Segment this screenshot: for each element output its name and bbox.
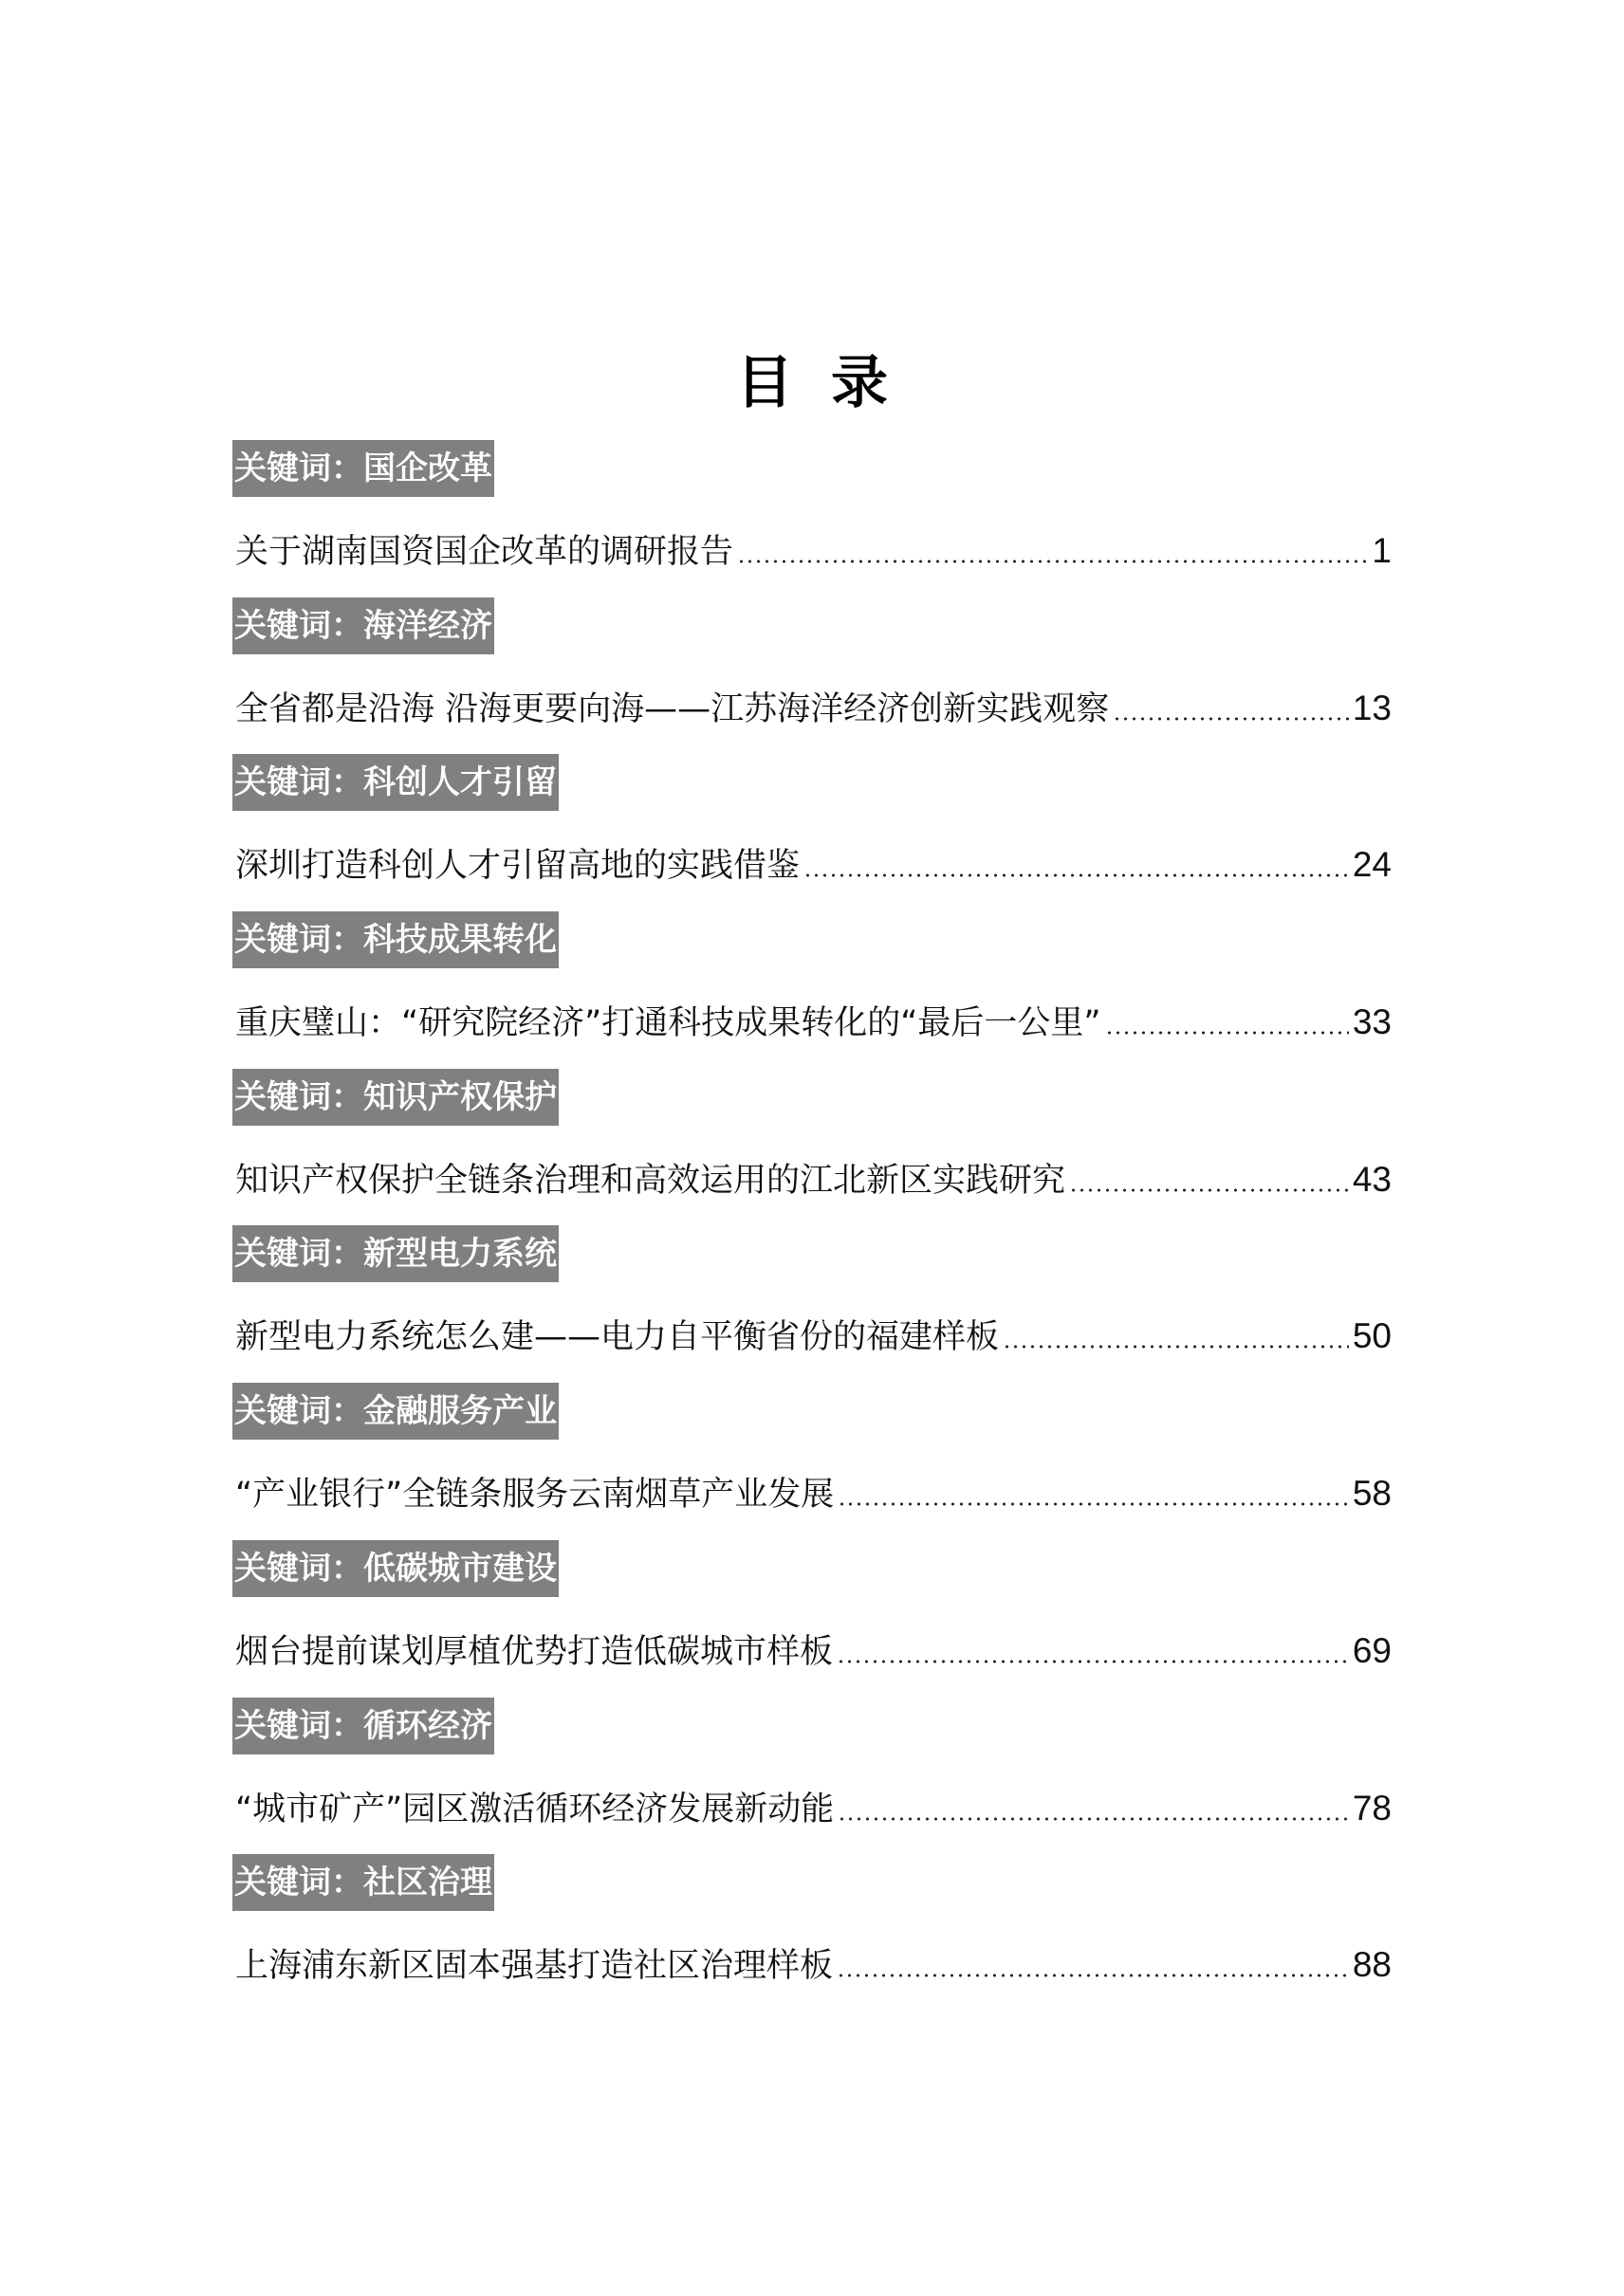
toc-entry[interactable]: “产业银行”全链条服务云南烟草产业发展 58	[235, 1470, 1392, 1517]
keyword-heading: 关键词：循环经济	[232, 1698, 494, 1754]
keyword-heading: 关键词：科创人才引留	[232, 754, 559, 811]
page-number: 88	[1353, 1941, 1392, 1989]
toc-entry[interactable]: 上海浦东新区固本强基打造社区治理样板 88	[235, 1941, 1392, 1989]
entry-title: 关于湖南国资国企改革的调研报告	[235, 528, 733, 576]
entry-title: “产业银行”全链条服务云南烟草产业发展	[235, 1471, 834, 1518]
page-number: 24	[1353, 841, 1392, 889]
toc-entry[interactable]: “城市矿产”园区激活循环经济发展新动能 78	[235, 1785, 1392, 1832]
toc-section: 关键词：海洋经济 全省都是沿海 沿海更要向海——江苏海洋经济创新实践观察 13	[232, 597, 1392, 755]
keyword-heading: 关键词：海洋经济	[232, 597, 494, 654]
page-number: 69	[1353, 1627, 1392, 1675]
page-title: 目录	[0, 343, 1624, 423]
page-number: 78	[1353, 1785, 1392, 1832]
dot-leader	[837, 1974, 1349, 1977]
toc-section: 关键词：低碳城市建设 烟台提前谋划厚植优势打造低碳城市样板 69	[232, 1540, 1392, 1698]
table-of-contents: 关键词：国企改革 关于湖南国资国企改革的调研报告 1 关键词：海洋经济 全省都是…	[232, 440, 1392, 2011]
entry-title: 新型电力系统怎么建——电力自平衡省份的福建样板	[235, 1313, 999, 1361]
toc-section: 关键词：新型电力系统 新型电力系统怎么建——电力自平衡省份的福建样板 50	[232, 1225, 1392, 1383]
entry-title: 知识产权保护全链条治理和高效运用的江北新区实践研究	[235, 1157, 1065, 1204]
keyword-heading: 关键词：知识产权保护	[232, 1069, 559, 1126]
dot-leader	[1113, 717, 1349, 721]
toc-section: 关键词：知识产权保护 知识产权保护全链条治理和高效运用的江北新区实践研究 43	[232, 1069, 1392, 1226]
entry-title: 深圳打造科创人才引留高地的实践借鉴	[235, 842, 800, 890]
page-number: 43	[1353, 1156, 1392, 1203]
entry-title: “城市矿产”园区激活循环经济发展新动能	[235, 1786, 834, 1833]
dot-leader	[1105, 1031, 1349, 1035]
page-number: 58	[1353, 1470, 1392, 1517]
toc-section: 关键词：科技成果转化 重庆璧山：“研究院经济”打通科技成果转化的“最后一公里” …	[232, 911, 1392, 1069]
keyword-heading: 关键词：科技成果转化	[232, 911, 559, 968]
page-number: 1	[1372, 527, 1392, 575]
toc-section: 关键词：科创人才引留 深圳打造科创人才引留高地的实践借鉴 24	[232, 754, 1392, 911]
keyword-heading: 关键词：社区治理	[232, 1854, 494, 1911]
keyword-heading: 关键词：低碳城市建设	[232, 1540, 559, 1597]
dot-leader	[1003, 1345, 1349, 1349]
toc-entry[interactable]: 新型电力系统怎么建——电力自平衡省份的福建样板 50	[235, 1313, 1392, 1360]
toc-entry[interactable]: 重庆璧山：“研究院经济”打通科技成果转化的“最后一公里” 33	[235, 999, 1392, 1046]
toc-section: 关键词：循环经济 “城市矿产”园区激活循环经济发展新动能 78	[232, 1698, 1392, 1855]
dot-leader	[737, 560, 1368, 563]
page-number: 50	[1353, 1313, 1392, 1360]
toc-entry[interactable]: 烟台提前谋划厚植优势打造低碳城市样板 69	[235, 1627, 1392, 1675]
dot-leader	[838, 1502, 1349, 1506]
toc-entry[interactable]: 深圳打造科创人才引留高地的实践借鉴 24	[235, 841, 1392, 889]
toc-entry[interactable]: 知识产权保护全链条治理和高效运用的江北新区实践研究 43	[235, 1156, 1392, 1203]
page-number: 33	[1353, 999, 1392, 1046]
dot-leader	[838, 1817, 1349, 1821]
dot-leader	[837, 1660, 1349, 1663]
toc-section: 关键词：国企改革 关于湖南国资国企改革的调研报告 1	[232, 440, 1392, 597]
entry-title: 全省都是沿海 沿海更要向海——江苏海洋经济创新实践观察	[235, 686, 1109, 733]
keyword-heading: 关键词：新型电力系统	[232, 1225, 559, 1282]
entry-title: 重庆璧山：“研究院经济”打通科技成果转化的“最后一公里”	[235, 1000, 1101, 1047]
toc-entry[interactable]: 关于湖南国资国企改革的调研报告 1	[235, 527, 1392, 575]
page-title-char-1: 目	[736, 343, 793, 423]
toc-section: 关键词：社区治理 上海浦东新区固本强基打造社区治理样板 88	[232, 1854, 1392, 2011]
dot-leader	[1069, 1188, 1349, 1192]
keyword-heading: 关键词：金融服务产业	[232, 1383, 559, 1440]
toc-entry[interactable]: 全省都是沿海 沿海更要向海——江苏海洋经济创新实践观察 13	[235, 685, 1392, 732]
entry-title: 烟台提前谋划厚植优势打造低碳城市样板	[235, 1628, 833, 1676]
keyword-heading: 关键词：国企改革	[232, 440, 494, 497]
entry-title: 上海浦东新区固本强基打造社区治理样板	[235, 1942, 833, 1990]
toc-section: 关键词：金融服务产业 “产业银行”全链条服务云南烟草产业发展 58	[232, 1383, 1392, 1540]
dot-leader	[803, 873, 1349, 877]
page-title-char-2: 录	[831, 343, 888, 423]
page-number: 13	[1353, 685, 1392, 732]
